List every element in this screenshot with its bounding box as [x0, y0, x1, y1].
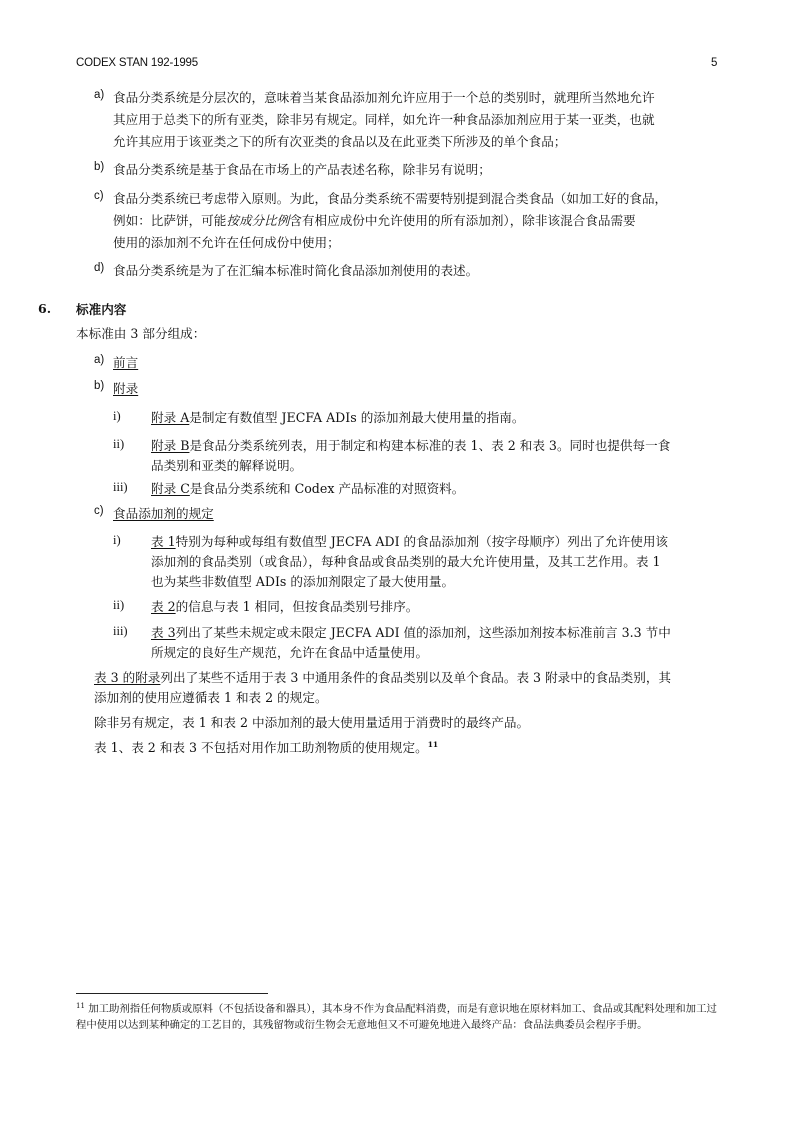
- provision-description-cont: 添加剂的食品类别（或食品），每种食品或食品类别的最大允许使用量，及其工艺作用。表…: [151, 551, 660, 570]
- list-label: c): [94, 190, 104, 202]
- closing-paragraph-1-cont: 添加剂的使用应遵循表 1 和表 2 的规定。: [94, 687, 328, 706]
- link-annex-b[interactable]: 附录 B: [151, 438, 189, 453]
- text-segment: 含有相应成份中允许使用的所有添加剂），除非该混合食品需要: [289, 213, 635, 228]
- link-food-additive-provisions[interactable]: 食品添加剂的规定: [113, 503, 214, 522]
- list-label: a): [94, 89, 104, 101]
- closing-paragraph-1: 表 3 的附录列出了某些不适用于表 3 中通用条件的食品类别以及单个食品。表 3…: [94, 667, 671, 686]
- section-intro: 本标准由 3 部分组成：: [76, 323, 205, 342]
- principle-line: 食品分类系统是基于食品在市场上的产品表述名称，除非另有说明；: [113, 159, 491, 178]
- footnote-text: 加工助剂指任何物质或原料（不包括设备和器具），其本身不作为食品配料消费，而是有意…: [76, 1003, 717, 1031]
- text-segment: 表 1、表 2 和表 3 不包括对用作加工助剂物质的使用规定。: [94, 740, 428, 755]
- link-table-3-annex[interactable]: 表 3 的附录: [94, 670, 160, 685]
- list-label: ii): [113, 598, 124, 613]
- closing-paragraph-2: 除非另有规定，表 1 和表 2 中添加剂的最大使用量适用于消费时的最终产品。: [94, 712, 529, 731]
- principle-line: 允许其应用于该亚类之下的所有次亚类的食品以及在此亚类下所涉及的单个食品；: [113, 131, 566, 150]
- link-table-1[interactable]: 表 1: [151, 534, 176, 549]
- link-annex-a[interactable]: 附录 A: [151, 410, 189, 425]
- annex-item: 附录 B是食品分类系统列表，用于制定和构建本标准的表 1、表 2 和表 3。同时…: [151, 435, 670, 454]
- section-title: 标准内容: [76, 299, 126, 318]
- list-label: a): [94, 354, 104, 366]
- principle-line: 食品分类系统是为了在汇编本标准时简化食品添加剂使用的表述。: [113, 260, 478, 279]
- list-label: d): [94, 262, 104, 274]
- annex-description: 是食品分类系统列表，用于制定和构建本标准的表 1、表 2 和表 3。同时也提供每…: [189, 438, 670, 453]
- provision-item: 表 1特别为每种或每组有数值型 JECFA ADI 的食品添加剂（按字母顺序）列…: [151, 531, 668, 550]
- page-number: 5: [711, 57, 717, 69]
- list-label: iii): [113, 480, 128, 495]
- list-label: ii): [113, 437, 124, 452]
- text-segment: 例如：比萨饼，可能: [113, 213, 226, 228]
- link-table-2[interactable]: 表 2: [151, 599, 176, 614]
- italic-phrase: 按成分比例: [226, 213, 289, 228]
- footnote-separator: [76, 993, 268, 994]
- provision-description-cont: 所规定的良好生产规范，允许在食品中适量使用。: [151, 642, 428, 661]
- link-table-3[interactable]: 表 3: [151, 625, 176, 640]
- annex-item: 附录 A是制定有数值型 JECFA ADIs 的添加剂最大使用量的指南。: [151, 407, 524, 426]
- link-annex-c[interactable]: 附录 C: [151, 481, 190, 496]
- document-id: CODEX STAN 192-1995: [76, 57, 198, 69]
- annex-item: 附录 C是食品分类系统和 Codex 产品标准的对照资料。: [151, 478, 464, 497]
- link-foreword[interactable]: 前言: [113, 352, 138, 371]
- annex-description: 是食品分类系统和 Codex 产品标准的对照资料。: [190, 481, 465, 496]
- annex-description: 是制定有数值型 JECFA ADIs 的添加剂最大使用量的指南。: [189, 410, 524, 425]
- link-annexes[interactable]: 附录: [113, 378, 138, 397]
- list-label: c): [94, 505, 104, 517]
- principle-line: 其应用于总类下的所有亚类，除非另有规定。同样，如允许一种食品添加剂应用于某一亚类…: [113, 109, 655, 128]
- provision-item: 表 2的信息与表 1 相同，但按食品类别号排序。: [151, 596, 418, 615]
- text-segment: 列出了某些不适用于表 3 中通用条件的食品类别以及单个食品。表 3 附录中的食品…: [160, 670, 671, 685]
- provision-description-cont: 也为某些非数值型 ADIs 的添加剂限定了最大使用量。: [151, 571, 454, 590]
- list-label: i): [113, 409, 121, 424]
- list-label: b): [94, 380, 104, 392]
- principle-line: 使用的添加剂不允许在任何成份中使用；: [113, 232, 340, 251]
- footnote-number: 11: [76, 1002, 85, 1010]
- annex-description-cont: 品类别和亚类的解释说明。: [151, 455, 302, 474]
- list-label: b): [94, 161, 104, 173]
- footnote-reference[interactable]: 11: [428, 740, 438, 749]
- principle-line: 食品分类系统是分层次的，意味着当某食品添加剂允许应用于一个总的类别时，就理所当然…: [113, 87, 655, 106]
- closing-paragraph-3: 表 1、表 2 和表 3 不包括对用作加工助剂物质的使用规定。11: [94, 737, 438, 756]
- principle-line: 食品分类系统已考虑带入原则。为此，食品分类系统不需要特别提到混合类食品（如加工好…: [113, 188, 667, 207]
- footnote: 11 加工助剂指任何物质或原料（不包括设备和器具），其本身不作为食品配料消费，而…: [76, 998, 724, 1033]
- provision-description: 列出了某些未规定或未限定 JECFA ADI 值的添加剂，这些添加剂按本标准前言…: [176, 625, 671, 640]
- list-label: i): [113, 533, 121, 548]
- provision-description: 特别为每种或每组有数值型 JECFA ADI 的食品添加剂（按字母顺序）列出了允…: [176, 534, 668, 549]
- list-label: iii): [113, 624, 128, 639]
- section-number: 6.: [38, 301, 51, 316]
- provision-description: 的信息与表 1 相同，但按食品类别号排序。: [176, 599, 419, 614]
- provision-item: 表 3列出了某些未规定或未限定 JECFA ADI 值的添加剂，这些添加剂按本标…: [151, 622, 671, 641]
- principle-line: 例如：比萨饼，可能按成分比例含有相应成份中允许使用的所有添加剂），除非该混合食品…: [113, 210, 636, 229]
